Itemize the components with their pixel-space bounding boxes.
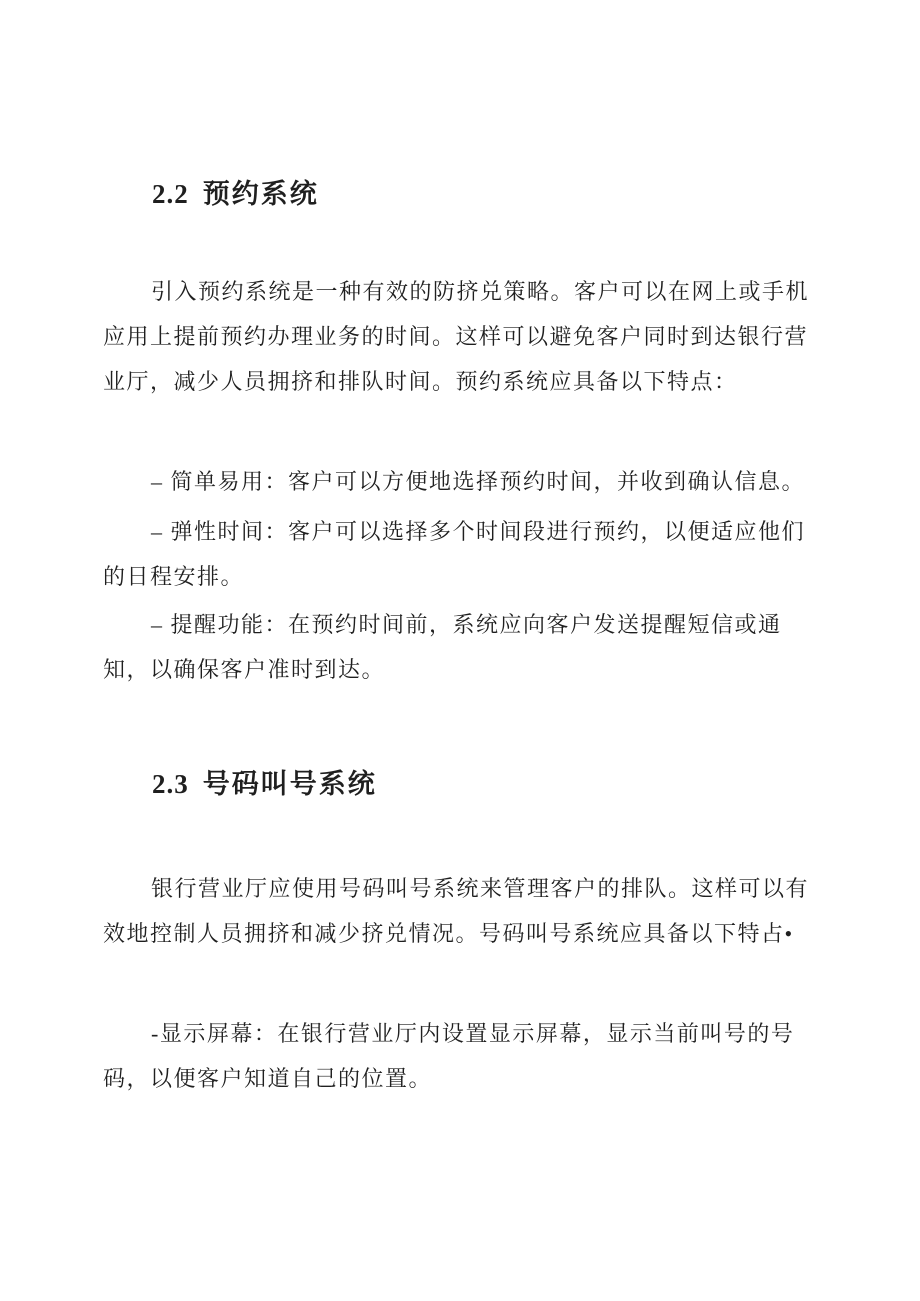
bullet-continuation-line: 知，以确保客户准时到达。	[103, 647, 893, 692]
paragraph-line: 应用上提前预约办理业务的时间。这样可以避免客户同时到达银行营	[103, 314, 893, 359]
paragraph-intro-2-3: 银行营业厅应使用号码叫号系统来管理客户的排队。这样可以有 效地控制人员拥挤和减少…	[103, 866, 893, 956]
heading-number: 2.3	[152, 769, 189, 799]
section-heading-2-2: 2.2预约系统	[103, 177, 920, 211]
bullet-continuation-line: 码，以便客户知道自己的位置。	[103, 1056, 893, 1101]
paragraph-intro-2-2: 引入预约系统是一种有效的防挤兑策略。客户可以在网上或手机 应用上提前预约办理业务…	[103, 269, 893, 404]
bullet-line: – 提醒功能：在预约时间前，系统应向客户发送提醒短信或通	[103, 602, 893, 647]
heading-number: 2.2	[152, 179, 189, 209]
document-page: 2.2预约系统 引入预约系统是一种有效的防挤兑策略。客户可以在网上或手机 应用上…	[0, 0, 920, 1301]
heading-title: 预约系统	[203, 179, 319, 209]
bullet-easy-to-use: – 简单易用：客户可以方便地选择预约时间，并收到确认信息。	[103, 459, 893, 504]
paragraph-line: 引入预约系统是一种有效的防挤兑策略。客户可以在网上或手机	[103, 269, 893, 314]
section-heading-2-3: 2.3号码叫号系统	[103, 767, 920, 801]
bullet-reminder-function: – 提醒功能：在预约时间前，系统应向客户发送提醒短信或通 知，以确保客户准时到达…	[103, 602, 893, 692]
paragraph-line: 银行营业厅应使用号码叫号系统来管理客户的排队。这样可以有	[103, 866, 893, 911]
bullet-line: – 简单易用：客户可以方便地选择预约时间，并收到确认信息。	[103, 459, 893, 504]
bullet-flexible-time: – 弹性时间：客户可以选择多个时间段进行预约，以便适应他们 的日程安排。	[103, 509, 893, 599]
heading-title: 号码叫号系统	[203, 769, 377, 799]
bullet-continuation-line: 的日程安排。	[103, 554, 893, 599]
bullet-line: -显示屏幕：在银行营业厅内设置显示屏幕，显示当前叫号的号	[103, 1011, 893, 1056]
bullet-display-screen: -显示屏幕：在银行营业厅内设置显示屏幕，显示当前叫号的号 码，以便客户知道自己的…	[103, 1011, 893, 1101]
paragraph-line: 效地控制人员拥挤和减少挤兑情况。号码叫号系统应具备以下特占•	[103, 911, 893, 956]
paragraph-line: 业厅，减少人员拥挤和排队时间。预约系统应具备以下特点：	[103, 359, 893, 404]
bullet-line: – 弹性时间：客户可以选择多个时间段进行预约，以便适应他们	[103, 509, 893, 554]
